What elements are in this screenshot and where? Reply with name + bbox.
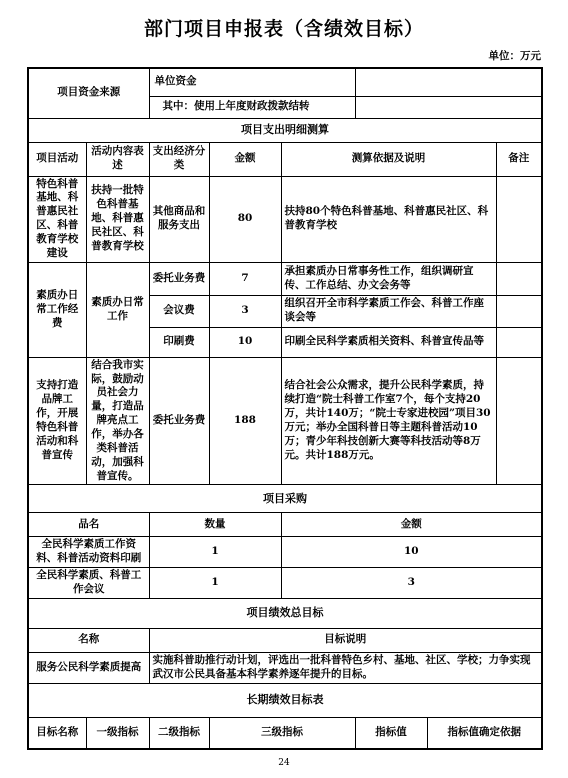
funding-value-carryover [355,96,542,118]
page-number: 24 [0,758,568,768]
cell-goal-name: 服务公民科学素质提高 [28,652,149,683]
col-header-goal-name: 名称 [28,628,149,652]
cell-content: 扶持一批特色科普基地、科普惠民社区、科普教育学校 [86,176,149,262]
cell-category: 委托业务费 [149,357,209,485]
cell-category: 会议费 [149,295,209,327]
col-header-basis: 测算依据及说明 [281,142,496,176]
cell-category: 其他商品和服务支出 [149,176,209,262]
cell-basis: 扶持80个特色科普基地、科普惠民社区、科普教育学校 [281,176,496,262]
section-title-expenditure: 项目支出明细测算 [28,118,542,142]
cell-remark [496,262,542,295]
funding-value-unit-fund [355,68,542,96]
cell-amount: 3 [209,295,281,327]
cell-quantity: 1 [149,537,281,568]
cell-content: 结合我市实际，鼓励动员社会力量，打造品牌亮点工作，举办各类科普活动，加强科普宣传… [86,357,149,485]
cell-activity: 特色科普基地、科普惠民社区、科普教育学校建设 [28,176,86,262]
unit-note: 单位：万元 [27,48,541,63]
col-header-value-basis: 指标值确定依据 [427,717,542,749]
declaration-form-table: 项目资金来源 单位资金 其中：使用上年度财政拨款结转 项目支出明细测算 项目活动… [27,67,543,750]
section-title-longterm: 长期绩效目标表 [28,683,542,717]
section-title-overall-goal: 项目绩效总目标 [28,598,542,628]
cell-item-name: 全民科学素质、科普工作会议 [28,568,149,599]
col-header-remark: 备注 [496,142,542,176]
expenditure-row-daily-1: 素质办日常工作经费 素质办日常工作 委托业务费 7 承担素质办日常事务性工作，组… [28,262,542,295]
cell-basis: 承担素质办日常事务性工作，组织调研宣传、工作总结、办文会务等 [281,262,496,295]
overall-goal-row: 服务公民科学素质提高 实施科普助推行动计划，评选出一批科普特色乡村、基地、社区、… [28,652,542,683]
cell-remark [496,357,542,485]
longterm-header-row: 目标名称 一级指标 二级指标 三级指标 指标值 指标值确定依据 [28,717,542,749]
funding-source-label: 项目资金来源 [28,68,149,118]
col-header-target-value: 指标值 [355,717,427,749]
expenditure-header-row: 项目活动 活动内容表述 支出经济分类 金额 测算依据及说明 备注 [28,142,542,176]
cell-amount: 7 [209,262,281,295]
procurement-row: 全民科学素质、科普工作会议 1 3 [28,568,542,599]
cell-remark [496,327,542,357]
col-header-item-name: 品名 [28,513,149,537]
cell-basis: 结合社会公众需求，提升公民科学素质，持续打造“院士科普工作室7个，每个支持20万… [281,357,496,485]
cell-item-name: 全民科学素质工作资料、科普活动资料印刷 [28,537,149,568]
overall-goal-header-row: 名称 目标说明 [28,628,542,652]
cell-amount: 80 [209,176,281,262]
cell-content: 素质办日常工作 [86,262,149,357]
col-header-goal-description: 目标说明 [149,628,542,652]
cell-proc-amount: 10 [281,537,542,568]
cell-category: 印刷费 [149,327,209,357]
col-header-category: 支出经济分类 [149,142,209,176]
form-title: 部门项目申报表（含绩效目标） [0,14,568,41]
cell-goal-description: 实施科普助推行动计划，评选出一批科普特色乡村、基地、社区、学校；力争实现武汉市公… [149,652,542,683]
procurement-section-row: 项目采购 [28,485,542,513]
expenditure-section-row: 项目支出明细测算 [28,118,542,142]
cell-amount: 188 [209,357,281,485]
cell-activity: 素质办日常工作经费 [28,262,86,357]
procurement-row: 全民科学素质工作资料、科普活动资料印刷 1 10 [28,537,542,568]
cell-quantity: 1 [149,568,281,599]
col-header-level3: 三级指标 [209,717,355,749]
col-header-level2: 二级指标 [149,717,209,749]
cell-category: 委托业务费 [149,262,209,295]
col-header-target-name: 目标名称 [28,717,86,749]
col-header-activity: 项目活动 [28,142,86,176]
expenditure-row-brand: 支持打造品牌工作，开展特色科普活动和科普宣传 结合我市实际，鼓励动员社会力量，打… [28,357,542,485]
col-header-level1: 一级指标 [86,717,149,749]
funding-row-1: 项目资金来源 单位资金 [28,68,542,96]
funding-label-unit-fund: 单位资金 [149,68,355,96]
expenditure-row-bases: 特色科普基地、科普惠民社区、科普教育学校建设 扶持一批特色科普基地、科普惠民社区… [28,176,542,262]
col-header-quantity: 数量 [149,513,281,537]
overall-goal-section-row: 项目绩效总目标 [28,598,542,628]
cell-amount: 10 [209,327,281,357]
col-header-amount: 金额 [209,142,281,176]
procurement-header-row: 品名 数量 金额 [28,513,542,537]
longterm-section-row: 长期绩效目标表 [28,683,542,717]
cell-remark [496,295,542,327]
cell-proc-amount: 3 [281,568,542,599]
cell-basis: 组织召开全市科学素质工作会、科普工作座谈会等 [281,295,496,327]
col-header-content: 活动内容表述 [86,142,149,176]
col-header-proc-amount: 金额 [281,513,542,537]
cell-basis: 印刷全民科学素质相关资料、科普宣传品等 [281,327,496,357]
section-title-procurement: 项目采购 [28,485,542,513]
cell-activity: 支持打造品牌工作，开展特色科普活动和科普宣传 [28,357,86,485]
cell-remark [496,176,542,262]
funding-label-carryover: 其中：使用上年度财政拨款结转 [149,96,355,118]
